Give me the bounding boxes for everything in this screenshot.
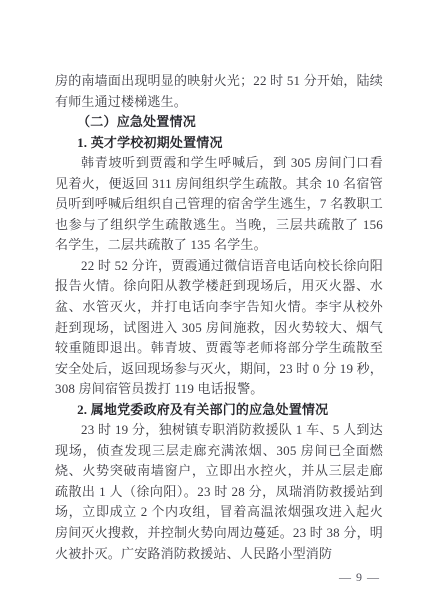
body-paragraph-rescue-operations: 23 时 19 分，独树镇专职消防救援队 1 车、5 人到达现场，侦查发现三层走…	[55, 420, 383, 564]
continued-paragraph: 房的南墙面出现明显的映射火光；22 时 51 分开始，陆续有师生通过楼梯逃生。	[55, 71, 383, 112]
section-heading-emergency-response: （二）应急处置情况	[55, 112, 383, 133]
body-paragraph-evacuation: 韩青坡听到贾霞和学生呼喊后，到 305 房间门口看见着火，便返回 311 房间组…	[55, 153, 383, 256]
subsection-heading-school-initial-response: 1. 英才学校初期处置情况	[55, 133, 383, 154]
page-number: — 9 —	[339, 569, 380, 585]
body-paragraph-firefighting-report: 22 时 52 分许，贾霞通过微信语音电话向校长徐向阳报告火情。徐向阳从教学楼赶…	[55, 256, 383, 400]
document-body: 房的南墙面出现明显的映射火光；22 时 51 分开始，陆续有师生通过楼梯逃生。 …	[55, 71, 383, 564]
subsection-heading-government-response: 2. 属地党委政府及有关部门的应急处置情况	[55, 400, 383, 421]
document-page: 房的南墙面出现明显的映射火光；22 时 51 分开始，陆续有师生通过楼梯逃生。 …	[0, 0, 430, 608]
